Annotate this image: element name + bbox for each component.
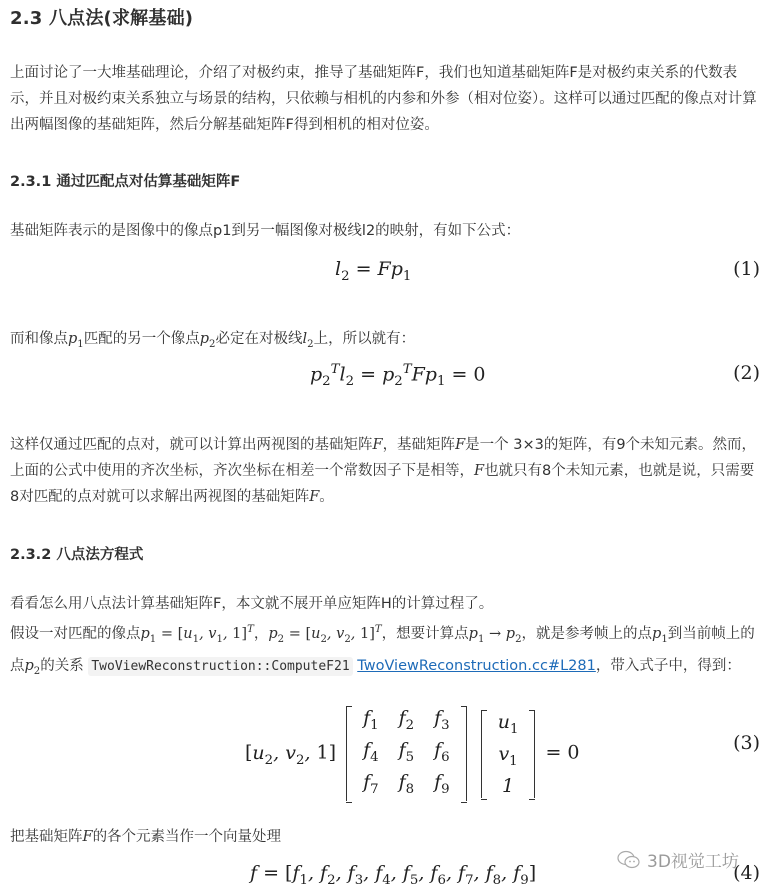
equation-1-number: (1) [733, 258, 760, 280]
paragraph-eight-point: 看看怎么用八点法计算基础矩阵F，本文就不展开单应矩阵H的计算过程了。 [10, 591, 762, 617]
subsection-title-1: 2.3.1 通过匹配点对估算基础矩阵F [10, 170, 240, 191]
equation-3: [u2, v2, 1] f1f2f3 f4f5f6 f7f8f9 u1 v1 1… [0, 700, 777, 790]
point-vector: u1 v1 1 [481, 710, 536, 798]
equation-2: p2Tl2 = p2TFp1 = 0 (2) [0, 362, 777, 402]
paragraph-mapping: 基础矩阵表示的是图像中的像点p1到另一幅图像对极线l2的映射，有如下公式： [10, 218, 762, 244]
paragraph-eight-unknowns: 这样仅通过匹配的点对，就可以计算出两视图的基础矩阵F，基础矩阵F是一个 3×3的… [10, 432, 762, 510]
wechat-icon [617, 850, 641, 875]
subsection-title-2: 2.3.2 八点法方程式 [10, 543, 143, 564]
watermark: 3D视觉工坊 [617, 847, 739, 875]
section-title: 2.3 八点法(求解基础) [10, 4, 193, 30]
equation-3-body: [u2, v2, 1] f1f2f3 f4f5f6 f7f8f9 u1 v1 1… [245, 706, 580, 801]
equation-1: l2 = Fp1 (1) [0, 258, 777, 298]
equation-4-body: f = [f1, f2, f3, f4, f5, f6, f7, f8, f9] [250, 862, 536, 888]
paragraph-assumption: 假设一对匹配的像点p1 = [u1, v1, 1]T，p2 = [u2, v2,… [10, 617, 762, 685]
watermark-text: 3D视觉工坊 [647, 852, 739, 872]
equation-3-number: (3) [733, 732, 760, 754]
equation-1-body: l2 = Fp1 [335, 258, 411, 284]
paragraph-epipolar: 而和像点p1匹配的另一个像点p2必定在对极线l2上，所以就有： [10, 326, 762, 358]
equation-2-number: (2) [733, 362, 760, 384]
equation-2-body: p2Tl2 = p2TFp1 = 0 [310, 362, 486, 389]
fundamental-matrix: f1f2f3 f4f5f6 f7f8f9 [346, 706, 467, 801]
intro-paragraph: 上面讨论了一大堆基础理论，介绍了对极约束，推导了基础矩阵F，我们也知道基础矩阵F… [10, 60, 762, 138]
source-link[interactable]: TwoViewReconstruction.cc#L281 [357, 658, 596, 674]
code-function-name: TwoViewReconstruction::ComputeF21 [88, 657, 352, 676]
